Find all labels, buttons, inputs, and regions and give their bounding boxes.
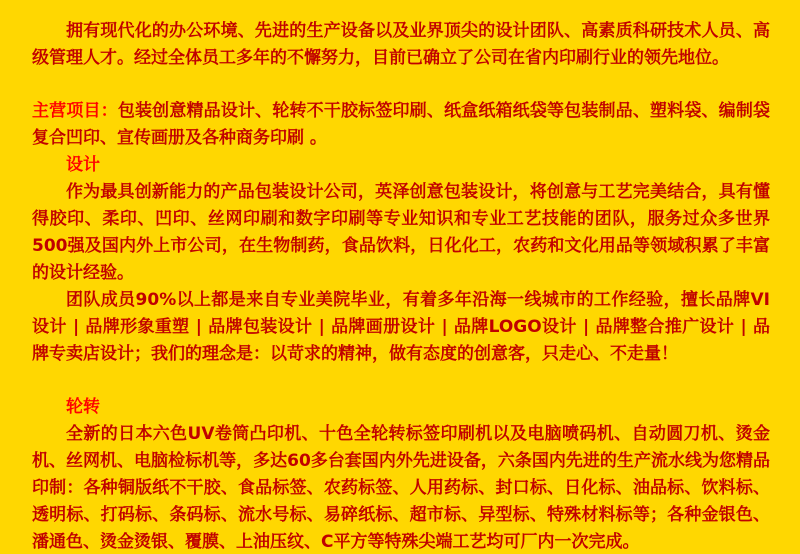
section-heading-rotary: 轮转 bbox=[32, 394, 770, 421]
main-business-label: 主营项目： bbox=[32, 101, 118, 121]
section-heading-design: 设计 bbox=[32, 152, 770, 179]
company-profile-text: 拥有现代化的办公环境、先进的生产设备以及业界顶尖的设计团队、高素质科研技术人员、… bbox=[0, 0, 800, 554]
design-paragraph-2: 团队成员90%以上都是来自专业美院毕业，有着多年沿海一线城市的工作经验，擅长品牌… bbox=[32, 287, 770, 368]
main-business-paragraph: 主营项目：包装创意精品设计、轮转不干胶标签印刷、纸盒纸箱纸袋等包装制品、塑料袋、… bbox=[32, 98, 770, 152]
main-business-text: 包装创意精品设计、轮转不干胶标签印刷、纸盒纸箱纸袋等包装制品、塑料袋、编制袋复合… bbox=[32, 101, 770, 148]
rotary-paragraph-1: 全新的日本六色UV卷筒凸印机、十色全轮转标签印刷机以及电脑喷码机、自动圆刀机、烫… bbox=[32, 421, 770, 554]
design-paragraph-1: 作为最具创新能力的产品包装设计公司，英泽创意包装设计，将创意与工艺完美结合，具有… bbox=[32, 179, 770, 287]
intro-paragraph: 拥有现代化的办公环境、先进的生产设备以及业界顶尖的设计团队、高素质科研技术人员、… bbox=[32, 18, 770, 72]
